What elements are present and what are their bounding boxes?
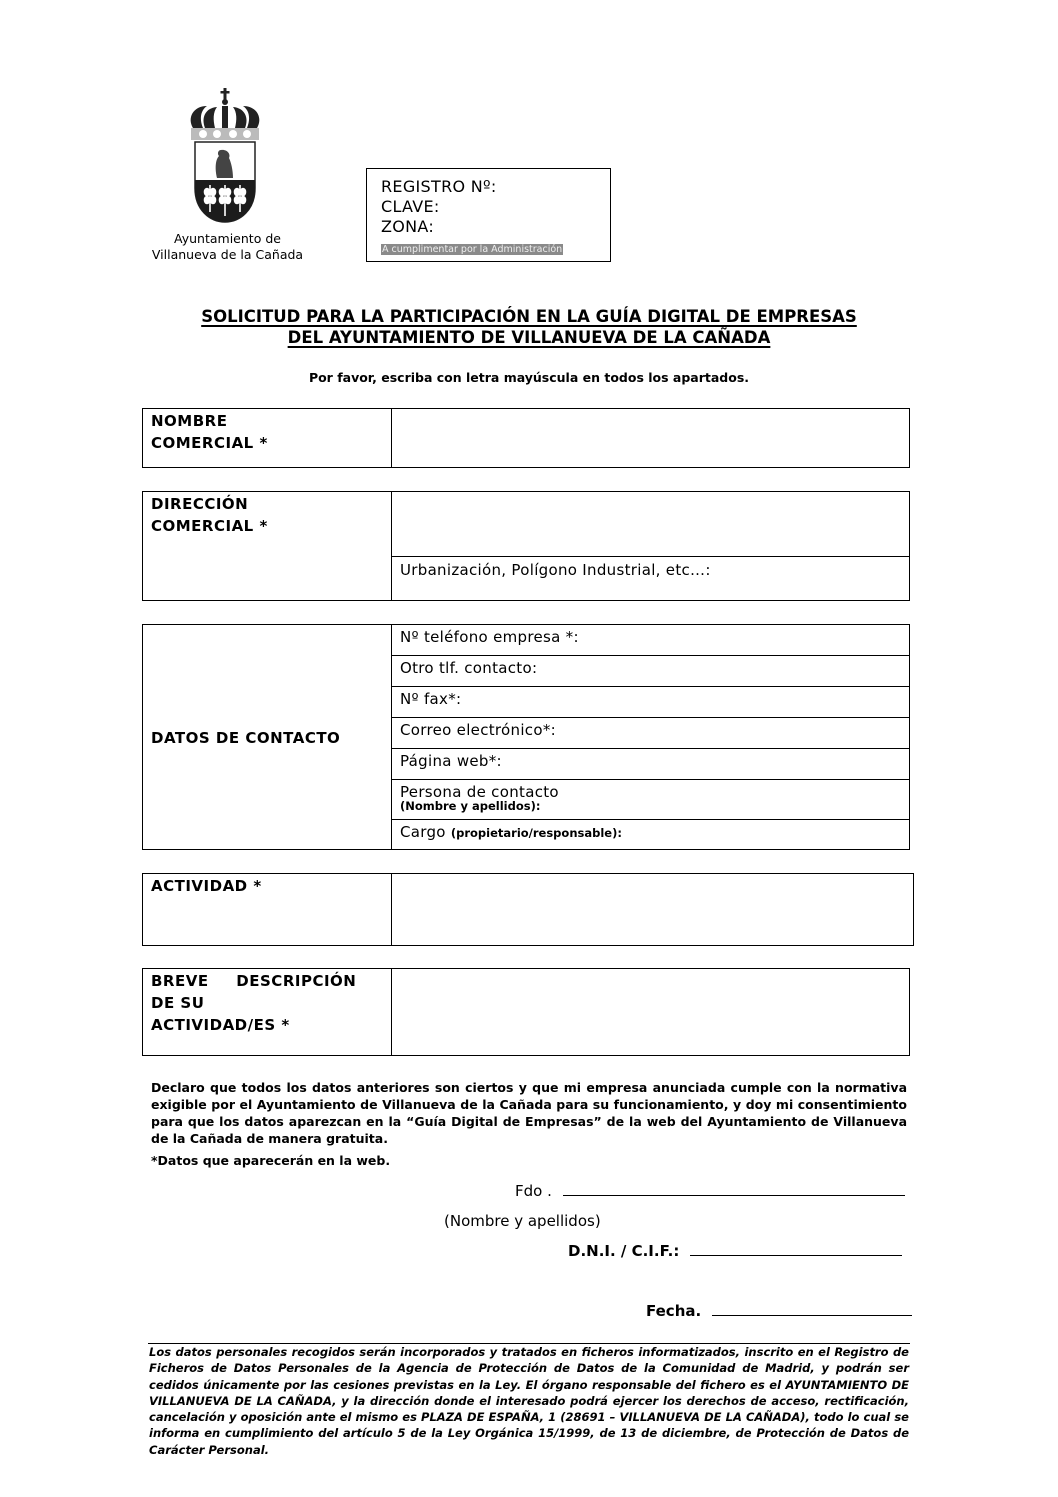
fdo-row: Fdo .: [515, 1181, 905, 1201]
cargo-field[interactable]: Cargo (propietario/responsable):: [392, 820, 910, 850]
label-line: COMERCIAL *: [151, 515, 383, 537]
fax-field[interactable]: Nº fax*:: [392, 687, 910, 718]
logo-caption-line2: Villanueva de la Cañada: [140, 247, 315, 263]
correo-electronico-label: Correo electrónico*:: [400, 721, 556, 739]
fecha-row: Fecha.: [646, 1301, 912, 1321]
pagina-web-label: Página web*:: [400, 752, 502, 770]
cargo-label: Cargo: [400, 823, 446, 841]
telefono-empresa-label: Nº teléfono empresa *:: [400, 628, 579, 646]
label-line: DIRECCIÓN: [151, 493, 383, 515]
administration-note: A cumplimentar por la Administración: [381, 244, 563, 255]
datos-contacto-label: DATOS DE CONTACTO: [143, 625, 392, 850]
label-line: NOMBRE: [151, 410, 383, 432]
page-title-line2: DEL AYUNTAMIENTO DE VILLANUEVA DE LA CAÑ…: [0, 327, 1058, 348]
dni-label: D.N.I. / C.I.F.:: [568, 1242, 679, 1260]
fax-label: Nº fax*:: [400, 690, 461, 708]
dni-input-line[interactable]: [690, 1241, 902, 1256]
direccion-comercial-table: DIRECCIÓN COMERCIAL * Urbanización, Polí…: [142, 491, 910, 601]
urbanizacion-field[interactable]: Urbanización, Polígono Industrial, etc…:: [392, 557, 910, 601]
breve-descripcion-label: BREVE DESCRIPCIÓN DE SU ACTIVIDAD/ES *: [143, 969, 392, 1056]
clave-label: CLAVE:: [381, 197, 610, 217]
correo-electronico-field[interactable]: Correo electrónico*:: [392, 718, 910, 749]
municipal-coat-of-arms-icon: [185, 88, 265, 228]
logo-caption-line1: Ayuntamiento de: [140, 231, 315, 247]
breve-descripcion-input[interactable]: [392, 969, 910, 1056]
nombre-comercial-table: NOMBRE COMERCIAL *: [142, 408, 910, 468]
fecha-input-line[interactable]: [712, 1301, 912, 1316]
asterisk-note: *Datos que aparecerán en la web.: [151, 1153, 390, 1169]
breve-descripcion-table: BREVE DESCRIPCIÓN DE SU ACTIVIDAD/ES *: [142, 968, 910, 1056]
direccion-comercial-input[interactable]: [392, 492, 910, 557]
actividad-table: ACTIVIDAD *: [142, 873, 914, 946]
declaration-text: Declaro que todos los datos anteriores s…: [151, 1079, 907, 1147]
dni-row: D.N.I. / C.I.F.:: [568, 1241, 902, 1261]
fecha-label: Fecha.: [646, 1302, 701, 1320]
label-line: COMERCIAL *: [151, 432, 383, 454]
label-line: ACTIVIDAD/ES *: [151, 1014, 383, 1036]
page-title-line1: SOLICITUD PARA LA PARTICIPACIÓN EN LA GU…: [0, 306, 1058, 327]
fdo-signature-line[interactable]: [563, 1181, 905, 1196]
label-line: BREVE DESCRIPCIÓN: [151, 970, 383, 992]
name-hint: (Nombre y apellidos): [444, 1211, 601, 1231]
direccion-comercial-label: DIRECCIÓN COMERCIAL *: [143, 492, 392, 601]
urbanizacion-label: Urbanización, Polígono Industrial, etc…:: [400, 561, 711, 579]
persona-contacto-sublabel: (Nombre y apellidos):: [400, 800, 901, 812]
actividad-input[interactable]: [392, 874, 914, 946]
telefono-empresa-field[interactable]: Nº teléfono empresa *:: [392, 625, 910, 656]
legal-notice: Los datos personales recogidos serán inc…: [149, 1344, 909, 1458]
otro-telefono-field[interactable]: Otro tlf. contacto:: [392, 656, 910, 687]
nombre-comercial-input[interactable]: [392, 409, 910, 468]
label-line: DE SU: [151, 992, 383, 1014]
nombre-comercial-label: NOMBRE COMERCIAL *: [143, 409, 392, 468]
datos-contacto-table: DATOS DE CONTACTO Nº teléfono empresa *:…: [142, 624, 910, 850]
otro-telefono-label: Otro tlf. contacto:: [400, 659, 537, 677]
cargo-sublabel: (propietario/responsable):: [451, 826, 622, 840]
instruction-text: Por favor, escriba con letra mayúscula e…: [0, 370, 1058, 386]
zona-label: ZONA:: [381, 217, 610, 237]
pagina-web-field[interactable]: Página web*:: [392, 749, 910, 780]
fdo-label: Fdo .: [515, 1182, 552, 1200]
actividad-label: ACTIVIDAD *: [143, 874, 392, 946]
persona-contacto-field[interactable]: Persona de contacto (Nombre y apellidos)…: [392, 780, 910, 820]
registro-label: REGISTRO Nº:: [381, 177, 610, 197]
registry-box: REGISTRO Nº: CLAVE: ZONA: A cumplimentar…: [366, 168, 611, 262]
